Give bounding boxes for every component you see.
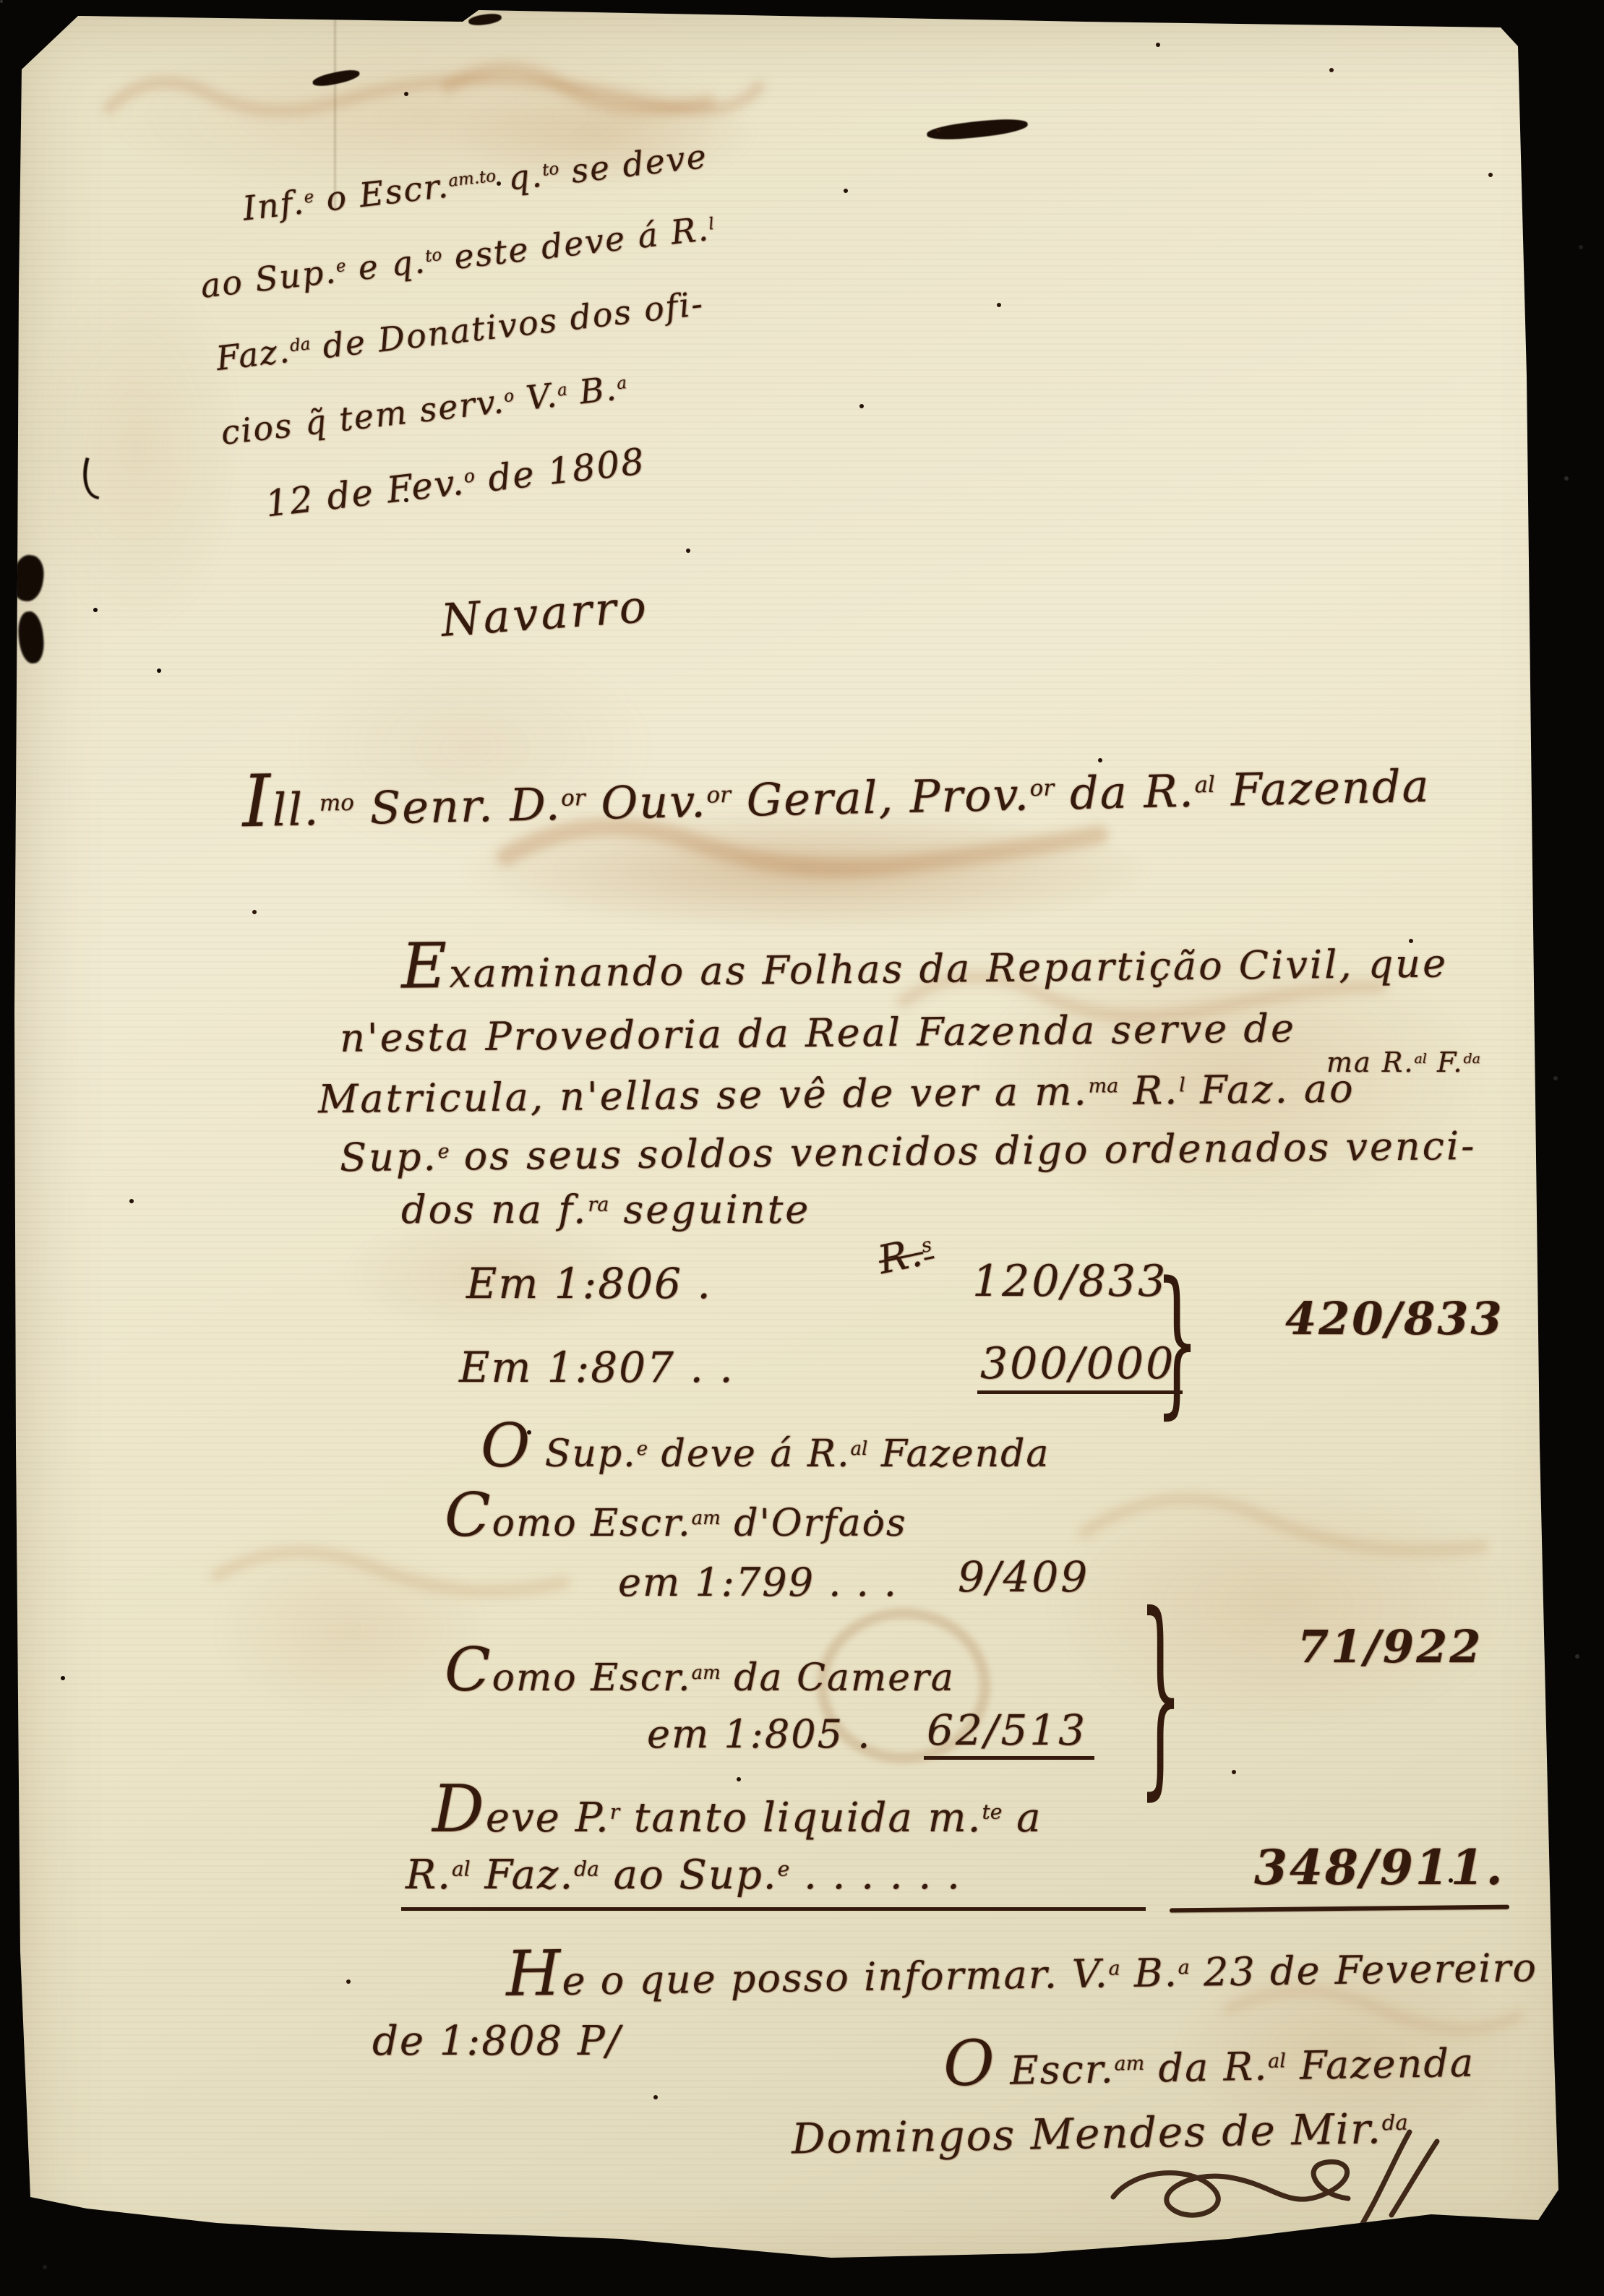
account-row-1805-label: em 1:805 . — [647, 1711, 871, 1757]
margin-ink-blot — [10, 553, 46, 603]
account-row-1807-label: Em 1:807 . . — [459, 1343, 734, 1392]
manuscript-paper: Inf.e o Escr.am.to q.to se deve ao Sup.e… — [0, 0, 1604, 2296]
final-balance: 348/911. — [1254, 1839, 1505, 1896]
photo-dust-specks — [0, 0, 3, 3]
paper-stain — [1041, 1474, 1518, 1734]
account-row-1807-amount: 300/000 — [977, 1338, 1183, 1389]
ink-dash-mark — [468, 12, 502, 27]
subtotal-debts: 71/922 — [1298, 1620, 1483, 1673]
navarro-signature: Navarro — [439, 580, 651, 647]
note-line: Inf.e o Escr.am.to q.to se deve — [241, 137, 710, 228]
account-row-1806-label: Em 1:806 . — [466, 1259, 712, 1308]
underlined-amount: 300/000 — [977, 1338, 1183, 1394]
body-line: dos na f.ra seguinte — [401, 1187, 810, 1232]
summary-line-underlined: R.al Faz.da ao Sup.e . . . . . . — [401, 1852, 1146, 1899]
grouping-brace: } — [1138, 1586, 1183, 1802]
underlined-amount: 62/513 — [924, 1706, 1094, 1760]
debt-camera-label: Como Escr.am da Camera — [445, 1635, 955, 1705]
body-line: n'esta Provedoria da Real Fazenda serve … — [340, 1005, 1297, 1061]
marginal-note: Inf.e o Escr.am.to q.to se deve ao Sup.e… — [190, 120, 896, 598]
signature-rubric-flourish — [1106, 2128, 1453, 2251]
grouping-brace: } — [1155, 1261, 1199, 1421]
debt-orphans-label: Como Escr.am d'Orfaos — [445, 1480, 907, 1550]
account-row-1805-amount: 62/513 — [924, 1706, 1094, 1755]
underlined-phrase: R.al Faz.da ao Sup.e . . . . . . — [401, 1852, 1146, 1911]
closing-line: de 1:808 P/ — [372, 2018, 622, 2065]
margin-squiggle-mark — [77, 457, 108, 499]
balance-underline — [1170, 1905, 1509, 1913]
ink-dash-mark — [312, 67, 361, 88]
summary-line: Deve P.r tanto liquida m.te a — [432, 1772, 1042, 1847]
photographed-manuscript: Inf.e o Escr.am.to q.to se deve ao Sup.e… — [0, 0, 1604, 2296]
closing-line: He o que posso informar. V.a B.a 23 de F… — [505, 1924, 1537, 2011]
note-line: Faz.da de Donativos dos ofi- — [214, 284, 705, 378]
body-line: Examinando as Folhas da Repartição Civil… — [401, 919, 1449, 1002]
body-line: Matricula, n'ellas se vê de ver a m.ma R… — [318, 1065, 1355, 1122]
margin-ink-blot — [16, 610, 46, 664]
note-line: cios q̃ tem serv.o V.a B.a — [219, 367, 630, 452]
struck-currency-mark: R.s — [874, 1227, 937, 1283]
ink-specks — [329, 81, 332, 84]
account-row-1799-amount: 9/409 — [958, 1552, 1089, 1601]
salutation-line: Ill.mo Senr. D.or Ouv.or Geral, Prov.or … — [241, 736, 1431, 843]
debt-heading: O Sup.e deve á R.al Fazenda — [481, 1411, 1050, 1481]
subtotal-salaries: 420/833 — [1285, 1292, 1504, 1345]
office-line: O Escr.am da R.al Fazenda — [943, 2019, 1475, 2101]
account-row-1799-label: em 1:799 . . . — [618, 1560, 898, 1605]
ink-dash-mark — [926, 116, 1029, 143]
account-row-1806-amount: 120/833 — [972, 1256, 1167, 1307]
body-line: Sup.e os seus soldos vencidos digo orden… — [340, 1123, 1477, 1180]
note-line: 12 de Fev.o de 1808 — [263, 440, 648, 525]
